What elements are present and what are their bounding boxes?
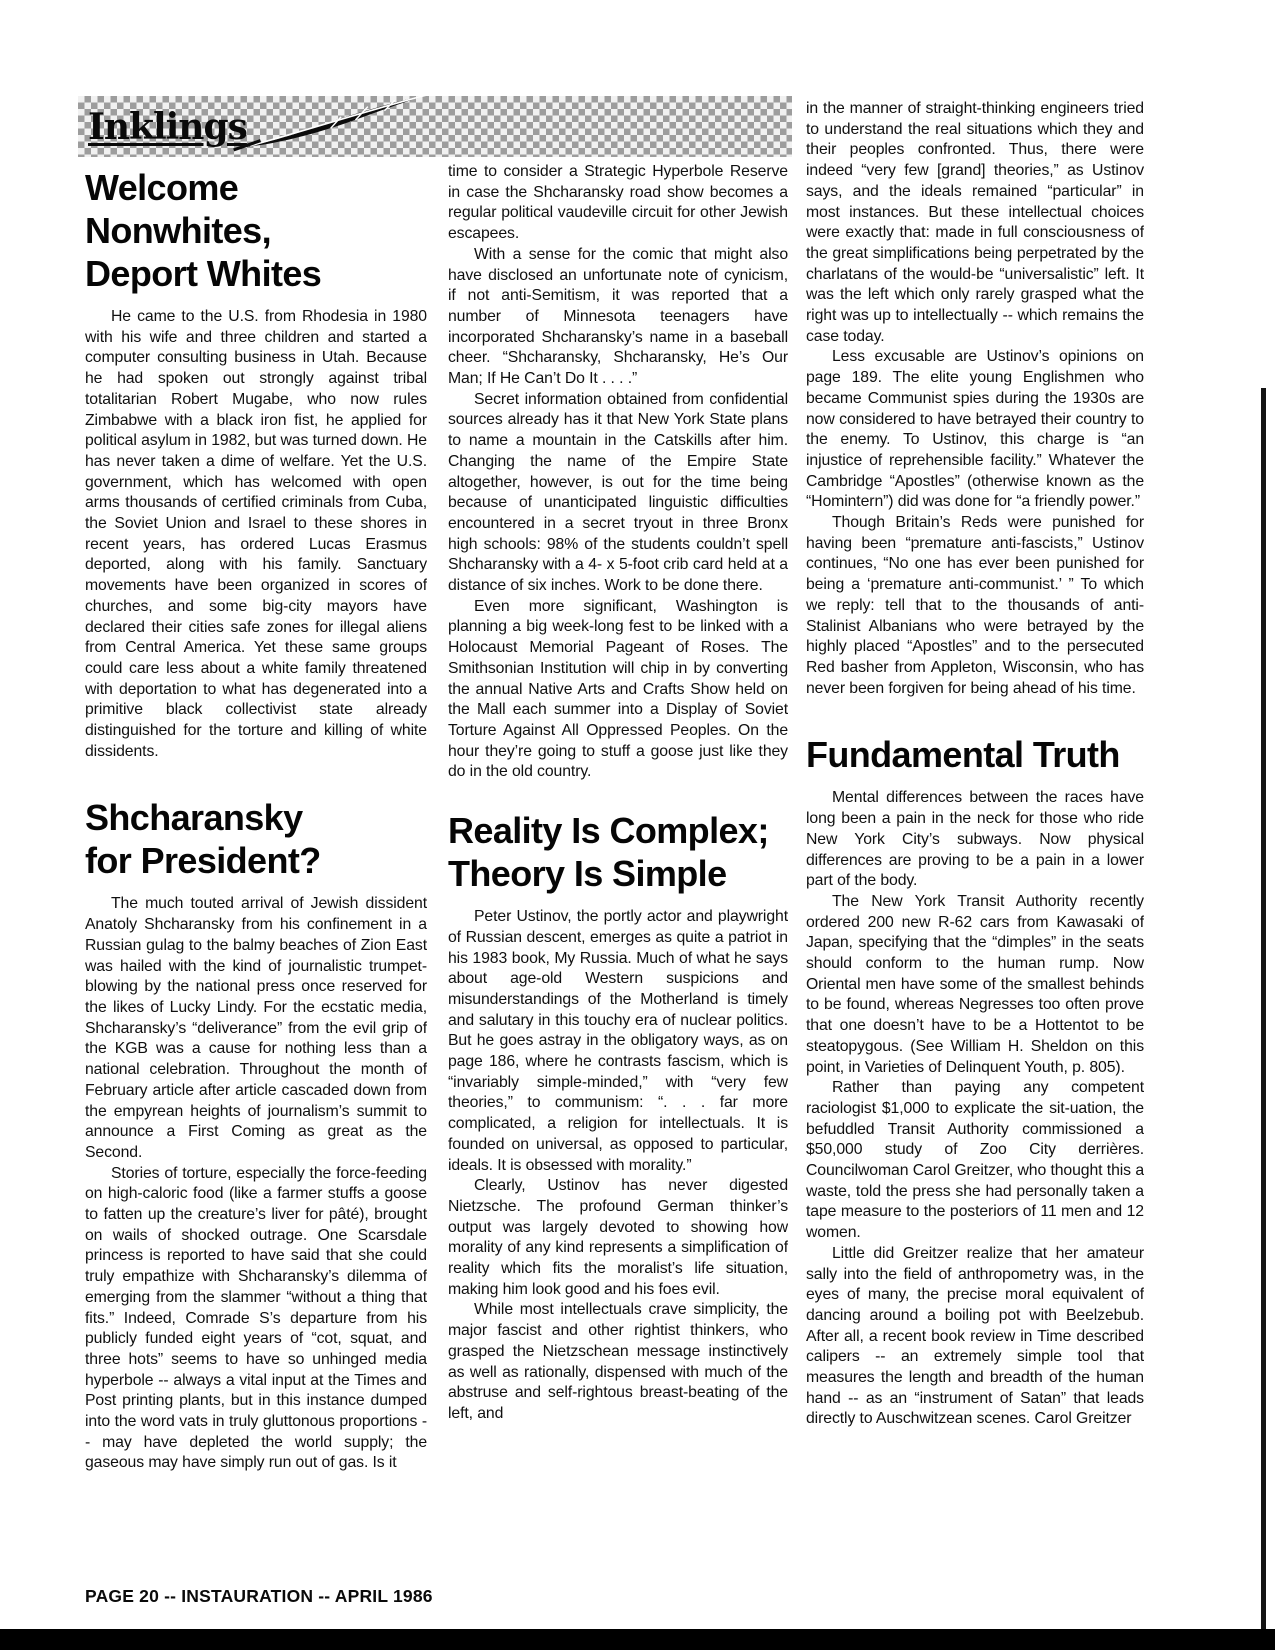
paragraph: Mental differences between the races hav… [806,788,1144,892]
quill-icon [230,88,450,152]
paragraph: Less excusable are Ustinov’s opinions on… [806,347,1144,513]
article-title-shcharansky-for-president: Shcharansky for President? [85,796,427,882]
paragraph: Little did Greitzer realize that her ama… [806,1244,1144,1430]
paragraph: With a sense for the comic that might al… [448,245,788,390]
column-2: time to consider a Strategic Hyperbole R… [448,162,788,1562]
column-3: in the manner of straight-thinking engin… [806,99,1144,1561]
article-title-reality-is-complex: Reality Is Complex; Theory Is Simple [448,809,788,895]
paragraph: Peter Ustinov, the portly actor and play… [448,907,788,1176]
article-title-fundamental-truth: Fundamental Truth [806,733,1144,776]
article-title-welcome-nonwhites: Welcome Nonwhites, Deport Whites [85,166,427,295]
column-1: Welcome Nonwhites, Deport Whites He came… [85,162,427,1562]
section-banner: Inklings [78,96,792,157]
paragraph: The much touted arrival of Jewish dissid… [85,894,427,1163]
paragraph: Though Britain’s Reds were punished for … [806,513,1144,699]
paragraph: Clearly, Ustinov has never digested Niet… [448,1176,788,1300]
paragraph: Stories of torture, especially the force… [85,1164,427,1475]
paragraph: in the manner of straight-thinking engin… [806,99,1144,347]
scan-edge-right [1261,388,1266,1629]
section-title: Inklings [88,106,247,148]
paragraph: Even more significant, Washington is pla… [448,597,788,783]
paragraph: Secret information obtained from confide… [448,390,788,597]
scan-edge-bottom [0,1629,1275,1650]
page-footer: PAGE 20 -- INSTAURATION -- APRIL 1986 [85,1586,433,1607]
paragraph: The New York Transit Authority recently … [806,892,1144,1078]
paragraph: While most intellectuals crave simplicit… [448,1300,788,1424]
paragraph: Rather than paying any competent raciolo… [806,1078,1144,1244]
paragraph: He came to the U.S. from Rhodesia in 198… [85,307,427,762]
paragraph: time to consider a Strategic Hyperbole R… [448,162,788,245]
